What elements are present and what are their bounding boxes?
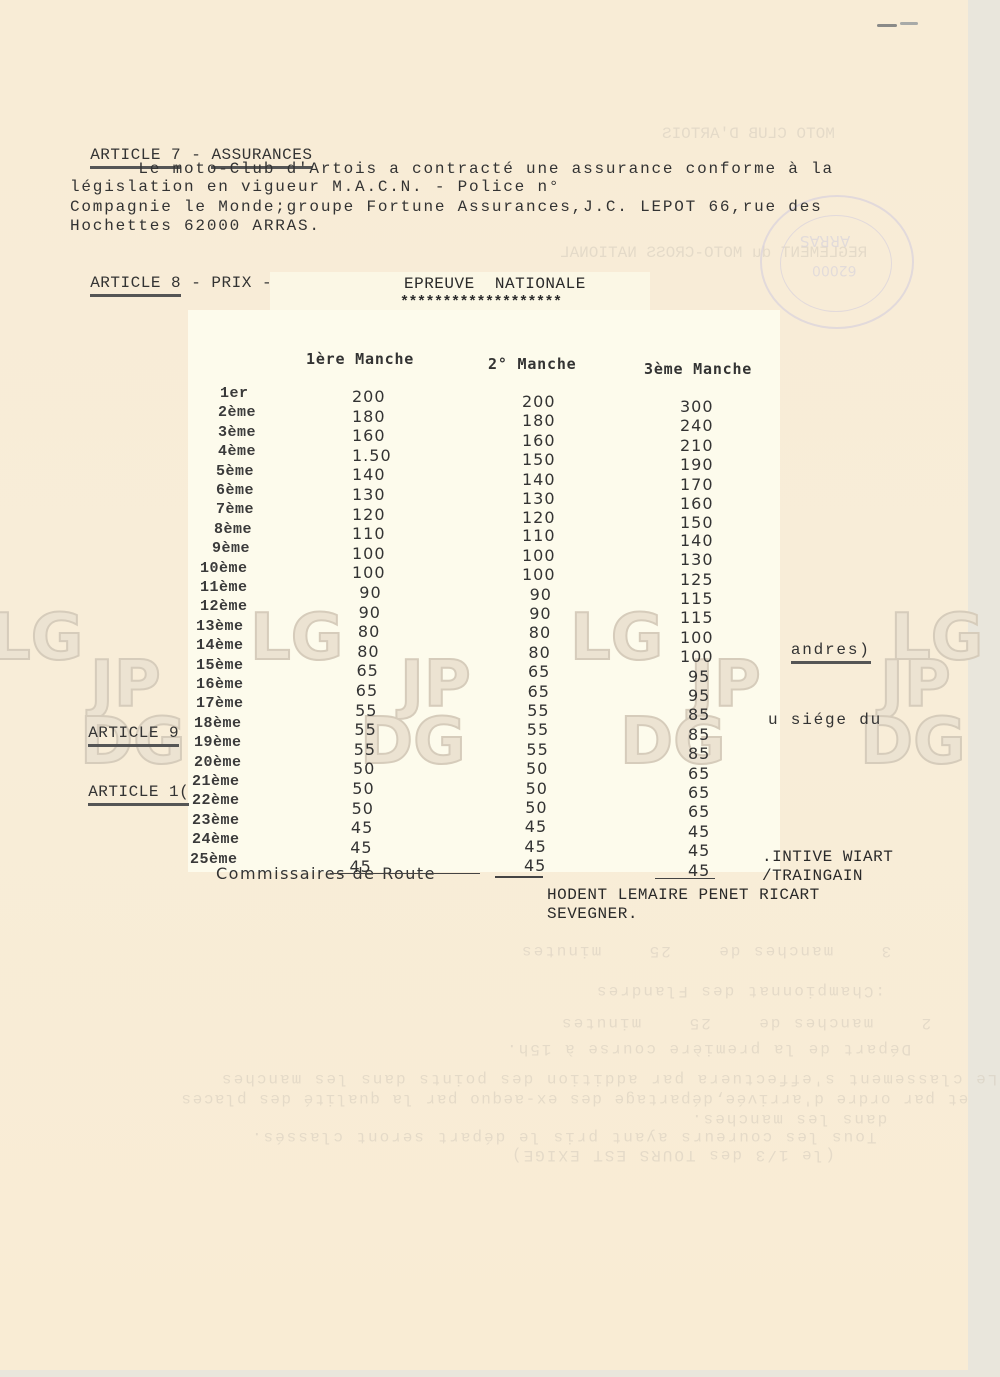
prize-manche-1: 100 (352, 544, 386, 563)
rank-label: 3ème (218, 424, 256, 441)
prize-manche-3: 115 (680, 608, 714, 627)
prize-manche-1: 50 (353, 759, 375, 778)
traingain-fragment: /TRAINGAIN (762, 867, 863, 885)
prize-manche-1: 200 (352, 387, 386, 406)
ghost-classement-3: dans les manches. (690, 1110, 887, 1128)
prize-manche-1: 50 (352, 799, 374, 818)
prize-manche-3: 160 (680, 494, 714, 513)
prize-manche-1: 55 (354, 740, 376, 759)
intive-wiart-fragment: .INTIVE WIART (762, 848, 893, 866)
rank-label: 4ème (218, 443, 256, 460)
prize-manche-1: 180 (352, 407, 386, 426)
article-9-label: ARTICLE 9 (68, 706, 179, 747)
prize-manche-3: 115 (680, 589, 714, 608)
prize-manche-2: 90 (529, 604, 551, 623)
prize-manche-3: 150 (680, 513, 714, 532)
article-7-line-4: Hochettes 62000 ARRAS. (70, 217, 321, 236)
rank-label: 13ème (196, 618, 244, 635)
rank-label: 23ème (192, 812, 240, 829)
strike-line-1 (330, 873, 480, 874)
prize-manche-1: 45 (350, 838, 372, 857)
table-title-stars: ******************* (400, 294, 562, 311)
prize-manche-1: 160 (352, 426, 386, 445)
rank-label: 20ème (194, 754, 242, 771)
prize-manche-2: 200 (522, 392, 556, 411)
prize-manche-2: 130 (522, 489, 556, 508)
siege-fragment: u siége du (768, 711, 882, 730)
article-9-text: ARTICLE 9 (88, 724, 179, 747)
prize-manche-3: 45 (688, 822, 710, 841)
rank-label: 14ème (196, 637, 244, 654)
prize-manche-3: 240 (680, 416, 714, 435)
prize-manche-3: 100 (680, 628, 714, 647)
prize-manche-2: 55 (527, 720, 549, 739)
prize-manche-3: 65 (688, 783, 710, 802)
rank-label: 15ème (196, 657, 244, 674)
article-7-line-1: Le moto-Club d'Artois a contracté une as… (70, 160, 834, 179)
prize-manche-3: 190 (680, 455, 714, 474)
rank-label: 7ème (216, 501, 254, 518)
prize-manche-1: 80 (358, 622, 380, 641)
rank-label: 12ème (200, 598, 248, 615)
prize-manche-3: 85 (688, 725, 710, 744)
prize-manche-2: 120 (522, 508, 556, 527)
column-header-manche-3: 3ème Manche (644, 360, 752, 378)
rank-label: 6ème (216, 482, 254, 499)
rank-label: 2ème (218, 404, 256, 421)
staple-mark-left (877, 24, 897, 27)
rank-label: 18ème (194, 715, 242, 732)
prize-manche-3: 45 (688, 861, 710, 880)
prize-manche-1: 55 (354, 720, 376, 739)
prize-manche-1: 90 (359, 583, 381, 602)
rank-label: 22ème (192, 792, 240, 809)
staple-mark-right (900, 22, 918, 25)
prize-manche-1: 140 (352, 465, 386, 484)
prize-manche-3: 100 (680, 647, 714, 666)
prize-manche-3: 65 (688, 764, 710, 783)
rank-label: 24ème (192, 831, 240, 848)
prize-manche-3: 140 (680, 531, 714, 550)
prize-manche-2: 45 (524, 837, 546, 856)
watermark-lg-1: LG (0, 608, 83, 668)
prize-manche-1: 65 (356, 681, 378, 700)
prize-manche-1: 130 (352, 485, 386, 504)
prize-manche-1: 110 (352, 524, 386, 543)
prize-manche-2: 150 (522, 450, 556, 469)
rank-label: 1er (220, 385, 249, 402)
prize-manche-1: 80 (357, 642, 379, 661)
prize-manche-2: 90 (530, 585, 552, 604)
article-10-label: ARTICLE 1( (68, 765, 189, 806)
prize-manche-3: 85 (688, 705, 710, 724)
prize-manche-2: 50 (526, 759, 548, 778)
rank-label: 5ème (216, 463, 254, 480)
ghost-club-name: MOTO CLUB D'ARTOIS (662, 125, 835, 143)
prize-manche-2: 65 (528, 682, 550, 701)
rank-label: 10ème (200, 560, 248, 577)
prize-manche-2: 50 (525, 798, 547, 817)
prize-manche-3: 95 (688, 686, 710, 705)
article-10-text: ARTICLE 1( (88, 783, 189, 806)
prize-manche-1: 1.50 (352, 446, 392, 465)
andres-fragment: andres) (768, 622, 871, 664)
column-header-manche-2: 2° Manche (488, 355, 576, 373)
ghost-classement-4: Tous les coureurs ayant pris le départ s… (250, 1128, 876, 1146)
prize-manche-3: 95 (688, 667, 710, 686)
prize-manche-3: 170 (680, 475, 714, 494)
ghost-stamp-city: ARRAS (800, 232, 850, 250)
prize-manche-3: 125 (680, 570, 714, 589)
article-7-line-2: législation en vigueur M.A.C.N. - Police… (70, 178, 560, 197)
article-7-line-3: Compagnie le Monde;groupe Fortune Assura… (70, 198, 823, 217)
prize-manche-2: 160 (522, 431, 556, 450)
rank-label: 21ème (192, 773, 240, 790)
prize-manche-2: 55 (526, 740, 548, 759)
prize-manche-2: 50 (526, 779, 548, 798)
prize-manche-1: 55 (355, 701, 377, 720)
rank-label: 8ème (214, 521, 252, 538)
ghost-manches-2: 2 manches de 25 minutes (560, 1014, 931, 1032)
prize-manche-2: 80 (528, 643, 550, 662)
ghost-depart: Départ de la première course à 15h. (505, 1040, 911, 1058)
prize-manche-2: 80 (529, 623, 551, 642)
prize-manche-2: 180 (522, 411, 556, 430)
prize-manche-1: 65 (357, 661, 379, 680)
prize-manche-1: 45 (351, 818, 373, 837)
prize-manche-2: 140 (522, 470, 556, 489)
article-8-label: ARTICLE 8 (90, 274, 181, 297)
prize-manche-1: 100 (352, 563, 386, 582)
prize-manche-2: 55 (527, 701, 549, 720)
prize-manche-1: 120 (352, 505, 386, 524)
strike-line-3 (655, 878, 715, 879)
prize-manche-3: 300 (680, 397, 714, 416)
ghost-classement-1: Le classement s'effectuera par addition … (220, 1070, 997, 1088)
prize-manche-2: 65 (528, 662, 550, 681)
prize-manche-3: 130 (680, 550, 714, 569)
prize-manche-1: 50 (352, 779, 374, 798)
prize-manche-2: 45 (525, 817, 547, 836)
column-header-manche-1: 1ère Manche (306, 350, 414, 368)
prize-manche-3: 65 (688, 802, 710, 821)
rank-label: 16ème (196, 676, 244, 693)
prize-manche-3: 210 (680, 436, 714, 455)
prize-manche-2: 45 (524, 856, 546, 875)
prize-manche-2: 100 (522, 546, 556, 565)
ghost-manches-1: 3 manches de 25 minutes (520, 942, 891, 960)
andres-text: andres) (791, 641, 871, 664)
prize-manche-3: 45 (688, 841, 710, 860)
rank-label: 9ème (212, 540, 250, 557)
table-title: EPREUVE NATIONALE (404, 275, 586, 293)
watermark-lg-3: LG (570, 608, 663, 668)
rank-label: 11ème (200, 579, 248, 596)
rank-label: 17ème (196, 695, 244, 712)
prize-manche-2: 110 (522, 526, 556, 545)
names-line-1: HODENT LEMAIRE PENET RICART (547, 886, 820, 904)
ghost-classement-5: (le 1/3 des TOURS EST EXIGE) (510, 1146, 835, 1164)
names-line-2: SEVEGNER. (547, 905, 638, 923)
ghost-stamp-zip: 62000 (812, 262, 857, 278)
ghost-flandres: :Championnat des Flandres (595, 982, 885, 1000)
ghost-classement-2: et par ordre d'arrivée,départage des ex-… (180, 1090, 968, 1108)
prize-manche-1: 90 (359, 603, 381, 622)
prize-manche-2: 100 (522, 565, 556, 584)
strike-line-2 (495, 876, 543, 878)
rank-label: 19ème (194, 734, 242, 751)
prize-manche-3: 85 (688, 744, 710, 763)
watermark-lg-2: LG (250, 608, 343, 668)
